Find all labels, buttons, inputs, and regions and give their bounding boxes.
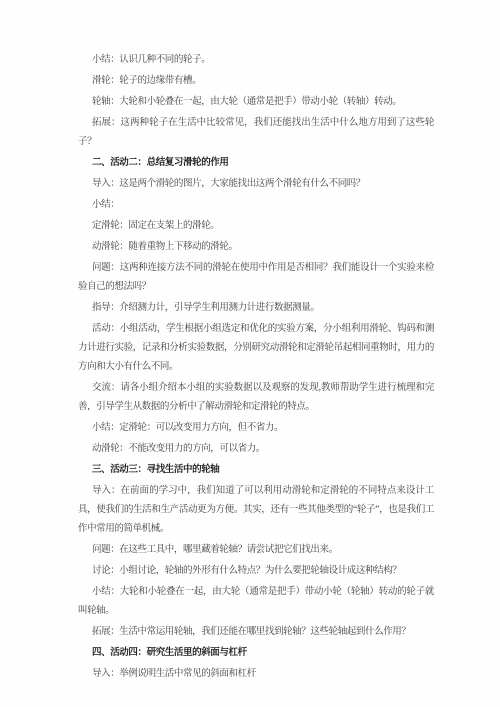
paragraph: 动滑轮：随着重物上下移动的滑轮。	[78, 238, 434, 257]
paragraph: 动滑轮：不能改变用力的方向，可以省力。	[78, 440, 434, 459]
paragraph: 问题：这两种连接方法不同的滑轮在使用中作用是否相同？我们能设计一个实验来检验自己…	[78, 259, 434, 297]
paragraph: 定滑轮：固定在支架上的滑轮。	[78, 217, 434, 236]
paragraph: 指导：介绍测力计，引导学生利用测力计进行数据测量。	[78, 299, 434, 318]
paragraph: 活动：小组活动，学生根据小组选定和优化的实验方案，分小组利用滑轮、钩码和测力计进…	[78, 320, 434, 377]
paragraph: 轮轴：大轮和小轮叠在一起，由大轮（通常是把手）带动小轮（转轴）转动。	[78, 93, 434, 112]
paragraph: 拓展：这两种轮子在生活中比较常见，我们还能找出生活中什么地方用到了这些轮子？	[78, 114, 434, 152]
paragraph: 小结：大轮和小轮叠在一起，由大轮（通常是把手）带动小轮（轮轴）转动的轮子就叫轮轴…	[78, 583, 434, 621]
paragraph: 讨论：小组讨论，轮轴的外形有什么特点？为什么要把轮轴设计成这种结构？	[78, 562, 434, 581]
paragraph: 滑轮：轮子的边缘带有槽。	[78, 72, 434, 91]
section-heading: 三、活动三：寻找生活中的轮轴	[78, 461, 434, 480]
paragraph: 导入：在前面的学习中，我们知道了可以利用动滑轮和定滑轮的不同特点来设计工具，使我…	[78, 482, 434, 539]
section-heading: 二、活动二：总结复习滑轮的作用	[78, 154, 434, 173]
paragraph: 小结：	[78, 196, 434, 215]
paragraph: 交流：请各小组介绍本小组的实验数据以及观察的发现,教师帮助学生进行梳理和完善，引…	[78, 379, 434, 417]
paragraph: 拓展：生活中常运用轮轴，我们还能在哪里找到轮轴？这些轮轴起到什么作用？	[78, 623, 434, 642]
section-heading: 四、活动四：研究生活里的斜面与杠杆	[78, 644, 434, 663]
document-body: 小结：认识几种不同的轮子。滑轮：轮子的边缘带有槽。轮轴：大轮和小轮叠在一起，由大…	[78, 51, 434, 684]
paragraph: 小结：认识几种不同的轮子。	[78, 51, 434, 70]
document-page: 小结：认识几种不同的轮子。滑轮：轮子的边缘带有槽。轮轴：大轮和小轮叠在一起，由大…	[0, 0, 500, 707]
paragraph: 导入：这是两个滑轮的图片，大家能找出这两个滑轮有什么不同吗？	[78, 175, 434, 194]
paragraph: 问题：在这些工具中，哪里藏着轮轴？请尝试把它们找出来。	[78, 541, 434, 560]
paragraph: 导入：举例说明生活中常见的斜面和杠杆	[78, 665, 434, 684]
paragraph: 小结：定滑轮：可以改变用力方向，但不省力。	[78, 419, 434, 438]
